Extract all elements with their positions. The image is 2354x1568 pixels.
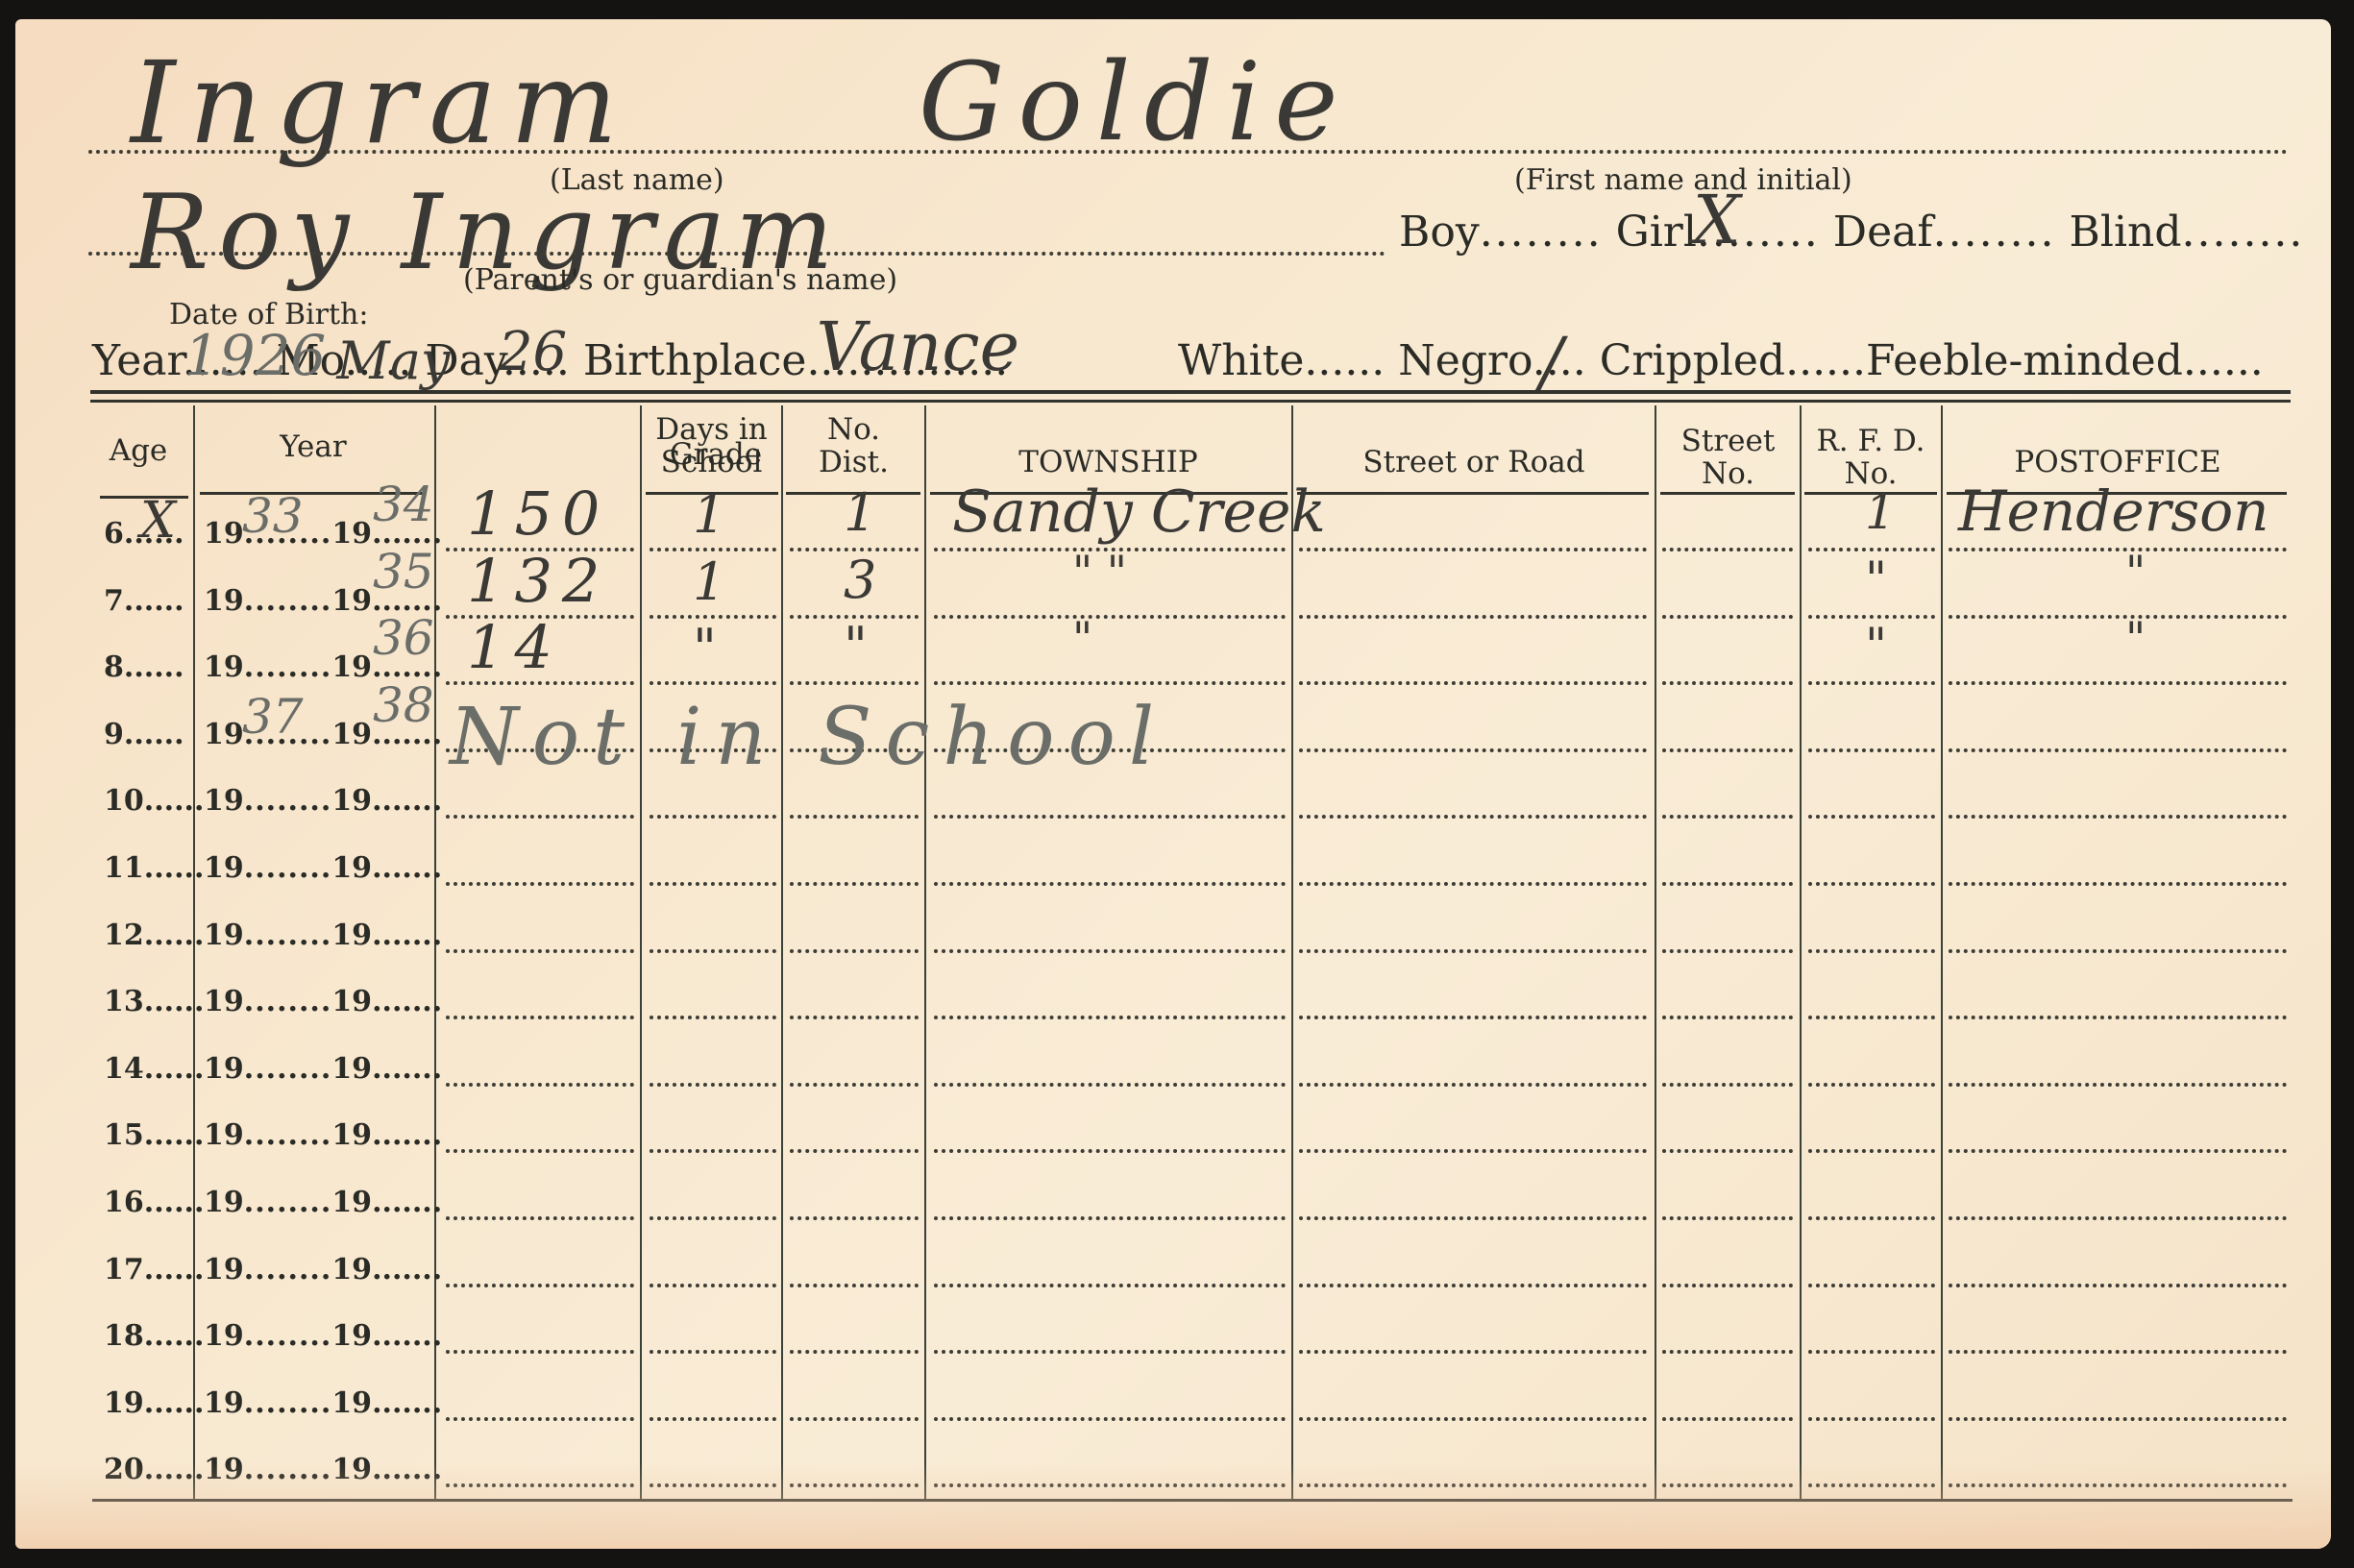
days-value: 132: [467, 546, 609, 616]
township-value: " ": [1072, 546, 1127, 598]
days-line: [446, 949, 634, 953]
township-line: [934, 1083, 1286, 1087]
street-no-line: [1662, 1350, 1793, 1354]
grade-line: [650, 1483, 776, 1487]
guardian-label: (Parent's or guardian's name): [463, 263, 897, 297]
rfd-line: [1808, 1149, 1935, 1153]
dist-line: [790, 1483, 919, 1487]
street-no-line: [1662, 548, 1793, 551]
street-line: [1299, 1083, 1647, 1087]
township-line: [934, 815, 1286, 819]
postoffice-line: [1949, 1417, 2287, 1421]
dist-line: [790, 815, 919, 819]
rfd-value: ": [1865, 618, 1887, 674]
year-to: 35: [373, 544, 434, 600]
age-cell: 15......: [104, 1118, 204, 1152]
race-condition-row: White...... Negro..../ Crippled......Fee…: [1178, 336, 2264, 385]
header-township: TOWNSHIP: [928, 446, 1288, 478]
days-line: [446, 1016, 634, 1019]
street-line: [1299, 1016, 1647, 1019]
dist-line: [790, 1417, 919, 1421]
school-census-card: Ingram Goldie (Last name) (First name an…: [15, 19, 2331, 1549]
age-cell: 12......: [104, 919, 204, 952]
rfd-line: [1808, 882, 1935, 886]
col-divider: [1655, 405, 1656, 1501]
not-in-school-note: Not in School: [450, 692, 1167, 783]
days-line: [446, 1483, 634, 1487]
table-top-rule-2: [90, 400, 2291, 403]
birthplace-label: Birthplace: [583, 336, 807, 385]
col-divider: [1941, 405, 1943, 1501]
postoffice-line: [1949, 1216, 2287, 1220]
year-to: 34: [373, 477, 434, 532]
postoffice-value: Henderson: [1958, 478, 2268, 544]
header-street-no: StreetNo.: [1658, 425, 1798, 490]
rfd-line: [1808, 1483, 1935, 1487]
table-top-rule: [90, 390, 2291, 394]
age-cell: 18......: [104, 1319, 204, 1353]
age-cell: 8......: [104, 650, 184, 684]
township-line: [934, 1216, 1286, 1220]
street-line: [1299, 1149, 1647, 1153]
postoffice-value: ": [2125, 546, 2146, 598]
postoffice-line: [1949, 1483, 2287, 1487]
rfd-line: [1808, 1216, 1935, 1220]
year-to: 36: [373, 610, 434, 666]
dist-line: [790, 1284, 919, 1287]
street-no-line: [1662, 1483, 1793, 1487]
grade-line: [650, 1083, 776, 1087]
township-line: [934, 949, 1286, 953]
year-cell: 19........19.......: [204, 1186, 442, 1219]
postoffice-value: ": [2125, 612, 2146, 664]
table-bottom-rule: [92, 1499, 2293, 1502]
street-no-line: [1662, 681, 1793, 685]
age-cell: 17......: [104, 1253, 204, 1286]
year-from: 33: [242, 488, 304, 544]
street-no-line: [1662, 949, 1793, 953]
street-line: [1299, 1216, 1647, 1220]
col-divider: [1291, 405, 1293, 1501]
year-cell: 19........19.......: [204, 985, 442, 1018]
street-line: [1299, 681, 1647, 685]
birthplace-value: Vance: [816, 307, 1019, 386]
age-cell: 14......: [104, 1052, 204, 1086]
street-line: [1299, 949, 1647, 953]
postoffice-line: [1949, 1083, 2287, 1087]
grade-line: [650, 1216, 776, 1220]
township-line: [934, 882, 1286, 886]
year-cell: 19........19.......: [204, 1453, 442, 1486]
rfd-line: [1808, 1083, 1935, 1087]
dist-line: [790, 1016, 919, 1019]
rfd-value: 1: [1865, 484, 1896, 540]
name-line: [88, 150, 2289, 154]
street-no-line: [1662, 1216, 1793, 1220]
township-line: [934, 1016, 1286, 1019]
township-value: ": [1072, 612, 1092, 664]
postoffice-line: [1949, 1016, 2287, 1019]
age-cell: 7......: [104, 584, 184, 618]
rfd-line: [1808, 949, 1935, 953]
grade-value: 1: [693, 551, 725, 612]
year-cell: 19........19.......: [204, 1253, 442, 1286]
header-rfd: R. F. D.No.: [1802, 425, 1939, 490]
township-line: [934, 1483, 1286, 1487]
age-cell: 19......: [104, 1386, 204, 1420]
year-cell: 19........19.......: [204, 784, 442, 818]
township-value: Sandy Creek: [952, 478, 1326, 546]
township-line: [934, 615, 1286, 619]
blind-label: Blind: [2070, 208, 2182, 257]
rfd-line: [1808, 1417, 1935, 1421]
grade-line: [650, 1284, 776, 1287]
grade-line: [650, 1350, 776, 1354]
rfd-line: [1808, 815, 1935, 819]
township-line: [934, 1284, 1286, 1287]
grade-line: [650, 1016, 776, 1019]
year-cell: 19........19.......: [204, 919, 442, 952]
postoffice-line: [1949, 1284, 2287, 1287]
deaf-label: Deaf: [1833, 208, 1933, 257]
street-no-line: [1662, 748, 1793, 752]
street-no-line: [1662, 882, 1793, 886]
days-line: [446, 1350, 634, 1354]
rfd-line: [1808, 681, 1935, 685]
rfd-line: [1808, 1350, 1935, 1354]
birth-day: 26: [499, 321, 567, 383]
boy-label: Boy: [1399, 208, 1480, 257]
postoffice-line: [1949, 681, 2287, 685]
student-first-name: Goldie: [919, 40, 1352, 165]
street-no-line: [1662, 1083, 1793, 1087]
street-line: [1299, 548, 1647, 551]
year-label: Year: [92, 336, 183, 385]
header-underline: [1297, 492, 1649, 495]
street-line: [1299, 615, 1647, 619]
age-cell: 10......: [104, 784, 204, 818]
days-line: [446, 1284, 634, 1287]
dist-value: 3: [844, 550, 876, 610]
street-line: [1299, 1350, 1647, 1354]
township-line: [934, 681, 1286, 685]
year-cell: 19........19.......: [204, 1118, 442, 1152]
days-line: [446, 1417, 634, 1421]
dob-row: Year......1926 Mo.....May Day.....26 Bir…: [92, 336, 1008, 385]
header-dist: No.Dist.: [784, 413, 923, 478]
rfd-value: ": [1865, 551, 1887, 607]
street-line: [1299, 882, 1647, 886]
rfd-line: [1808, 1016, 1935, 1019]
township-line: [934, 548, 1286, 551]
days-line: [446, 1083, 634, 1087]
age-cell: 9......: [104, 718, 184, 751]
grade-line: [650, 815, 776, 819]
age-cell: 20......: [104, 1453, 204, 1486]
street-no-line: [1662, 1417, 1793, 1421]
feeble-minded-label: Feeble-minded: [1866, 336, 2183, 385]
grade-line: [650, 1149, 776, 1153]
col-divider: [781, 405, 783, 1501]
dist-value: 1: [844, 482, 876, 543]
days-line: [446, 882, 634, 886]
dist-value: ": [844, 616, 868, 676]
postoffice-line: [1949, 815, 2287, 819]
street-no-line: [1662, 615, 1793, 619]
grade-line: [650, 882, 776, 886]
postoffice-line: [1949, 748, 2287, 752]
header-age: Age: [90, 434, 186, 467]
year-from: 37: [242, 689, 304, 745]
header-grade-label: Grade: [653, 438, 778, 471]
col-divider: [640, 405, 642, 1501]
days-line: [446, 1216, 634, 1220]
girl-mark: X: [1693, 181, 1743, 259]
grade-line: [650, 1417, 776, 1421]
dist-line: [790, 1149, 919, 1153]
dist-line: [790, 1083, 919, 1087]
dist-line: [790, 1216, 919, 1220]
age-mark: X: [140, 492, 176, 550]
dist-line: [790, 1350, 919, 1354]
col-divider: [1800, 405, 1802, 1501]
age-cell: 13......: [104, 985, 204, 1018]
header-street: Street or Road: [1295, 446, 1653, 478]
dist-line: [790, 681, 919, 685]
grade-line: [650, 949, 776, 953]
dist-line: [790, 949, 919, 953]
sex-disability-row: Boy........ Girl........X Deaf........ B…: [1399, 208, 2304, 257]
year-cell: 19........19.......: [204, 1386, 442, 1420]
grade-line: [650, 681, 776, 685]
street-no-line: [1662, 815, 1793, 819]
birth-year: 1926: [184, 323, 327, 388]
rfd-line: [1808, 1284, 1935, 1287]
year-cell: 19........19.......: [204, 1052, 442, 1086]
days-line: [446, 815, 634, 819]
street-no-line: [1662, 1149, 1793, 1153]
postoffice-line: [1949, 949, 2287, 953]
postoffice-line: [1949, 615, 2287, 619]
township-line: [934, 1417, 1286, 1421]
guardian-line: [88, 252, 1385, 256]
header-postoffice: POSTOFFICE: [1945, 446, 2291, 478]
birth-month: May: [336, 331, 450, 391]
year-cell: 19........19.......: [204, 851, 442, 885]
street-no-line: [1662, 1016, 1793, 1019]
dist-line: [790, 882, 919, 886]
street-no-line: [1662, 1284, 1793, 1287]
grade-value: 1: [693, 484, 725, 545]
postoffice-line: [1949, 882, 2287, 886]
township-line: [934, 1350, 1286, 1354]
negro-label: Negro: [1398, 336, 1532, 385]
township-line: [934, 1149, 1286, 1153]
street-line: [1299, 748, 1647, 752]
age-cell: 11......: [104, 851, 204, 885]
street-line: [1299, 1284, 1647, 1287]
header-underline: [1660, 492, 1795, 495]
postoffice-line: [1949, 1350, 2287, 1354]
days-value: 150: [467, 478, 609, 549]
street-line: [1299, 1483, 1647, 1487]
days-value: 14: [467, 612, 562, 682]
first-name-label: (First name and initial): [1514, 163, 1852, 197]
rfd-line: [1808, 748, 1935, 752]
postoffice-line: [1949, 1149, 2287, 1153]
postoffice-line: [1949, 548, 2287, 551]
girl-label: Girl: [1616, 208, 1697, 257]
age-cell: 16......: [104, 1186, 204, 1219]
grade-value: ": [693, 618, 717, 678]
days-line: [446, 1149, 634, 1153]
street-line: [1299, 815, 1647, 819]
year-cell: 19........19.......: [204, 1319, 442, 1353]
year-to: 38: [373, 677, 434, 733]
header-year: Year: [198, 430, 429, 463]
crippled-label: Crippled: [1600, 336, 1785, 385]
street-line: [1299, 1417, 1647, 1421]
white-label: White: [1178, 336, 1304, 385]
col-divider: [924, 405, 926, 1501]
